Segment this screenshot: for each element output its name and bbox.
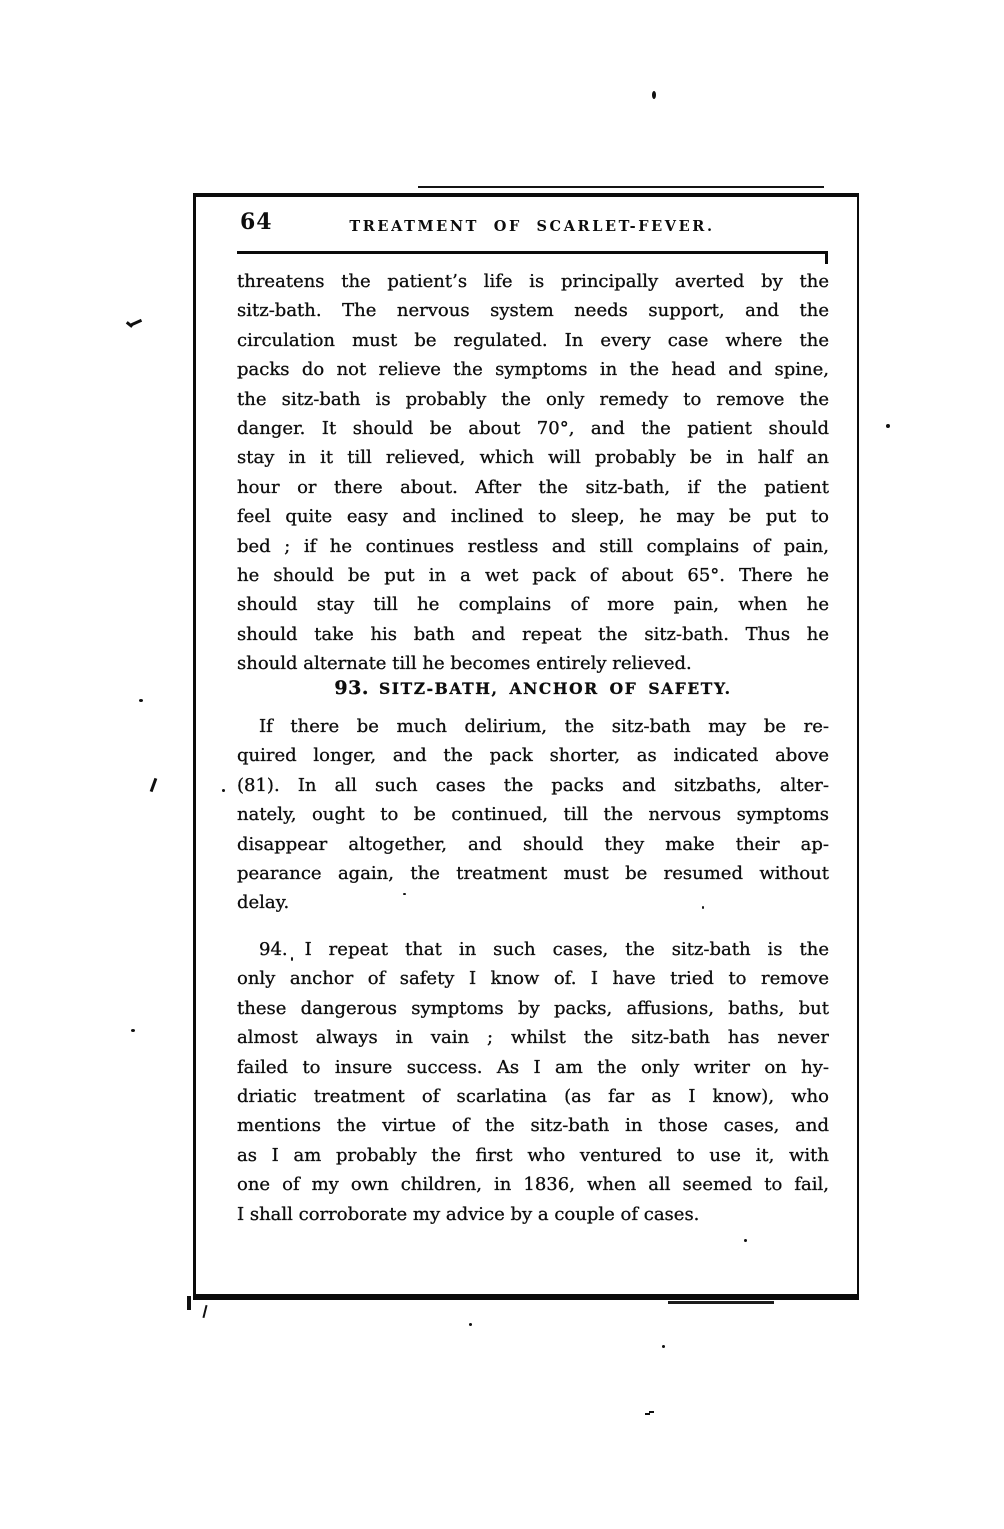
text-line: these dangerous symptoms by packs, affus… [237,994,829,1023]
ink-speck [702,906,704,909]
text-line: should alternate till he becomes entirel… [237,649,829,678]
text-line: failed to insure success. As I am the on… [237,1053,829,1082]
ink-speck [886,424,890,428]
section-number: 93. [334,677,369,699]
text-line: as I am probably the first who ventured … [237,1141,829,1170]
text-line: I shall corroborate my advice by a coupl… [237,1200,829,1229]
ink-check-mark [126,317,142,329]
scanned-book-page: { "page": { "number": "64", "running_tit… [0,0,1004,1529]
text-line: disappear altogether, and should they ma… [237,830,829,859]
text-line: delay. [237,888,829,917]
scan-top-rule-fragment [418,186,824,188]
text-line: pearance again, the treatment must be re… [237,859,829,888]
text-line: stay in it till relieved, which will pro… [237,443,829,472]
text-line: If there be much delirium, the sitz-bath… [237,712,829,741]
text-line: should take his bath and repeat the sitz… [237,620,829,649]
text-line: one of my own children, in 1836, when al… [237,1170,829,1199]
text-line: mentions the virtue of the sitz-bath in … [237,1111,829,1140]
text-line: only anchor of safety I know of. I have … [237,964,829,993]
running-title: TREATMENT OF SCARLET-FEVER. [236,218,828,235]
text-line: packs do not relieve the symptoms in the… [237,355,829,384]
ink-speck [150,778,158,792]
text-line: driatic treatment of scarlatina (as far … [237,1082,829,1111]
bottom-border-fray [668,1301,774,1304]
text-line: sitz-bath. The nervous system needs supp… [237,296,829,325]
ink-speck [403,893,406,895]
section-title: SITZ-BATH, ANCHOR OF SAFETY. [379,679,732,698]
ink-speck [131,1029,135,1032]
text-line: nately, ought to be continued, till the … [237,800,829,829]
text-line: he should be put in a wet pack of about … [237,561,829,590]
ink-tilde-mark [645,1411,655,1416]
text-line: hour or there about. After the sitz-bath… [237,473,829,502]
ink-speck [469,1323,472,1326]
ink-speck [662,1345,665,1348]
text-line: circulation must be regulated. In every … [237,326,829,355]
text-line: 94. I repeat that in such cases, the sit… [237,935,829,964]
ink-speck [222,789,225,792]
text-line: quired longer, and the pack shorter, as … [237,741,829,770]
text-line: bed ; if he continues restless and still… [237,532,829,561]
ink-speck [291,957,293,961]
text-line: almost always in vain ; whilst the sitz-… [237,1023,829,1052]
text-line: the sitz-bath is probably the only remed… [237,385,829,414]
text-line: danger. It should be about 70°, and the … [237,414,829,443]
ink-speck [744,1239,747,1242]
text-line: (81). In all such cases the packs and si… [237,771,829,800]
section-93-heading: 93.SITZ-BATH, ANCHOR OF SAFETY. [237,677,829,703]
bottom-left-border-foot [187,1296,191,1310]
text-line: threatens the patient’s life is principa… [237,267,829,296]
ink-speck [139,699,143,702]
text-line: should stay till he complains of more pa… [237,590,829,619]
ink-slash [202,1305,207,1318]
header-rule-tick [825,251,828,264]
paragraph-92-continuation: threatens the patient’s life is principa… [237,267,829,678]
paragraph-93: If there be much delirium, the sitz-bath… [237,712,829,918]
header-rule [237,251,827,254]
ink-speck [652,91,656,99]
text-line: feel quite easy and inclined to sleep, h… [237,502,829,531]
paragraph-94: 94. I repeat that in such cases, the sit… [237,935,829,1229]
page-border-box: 64 TREATMENT OF SCARLET-FEVER. threatens… [193,193,859,1300]
